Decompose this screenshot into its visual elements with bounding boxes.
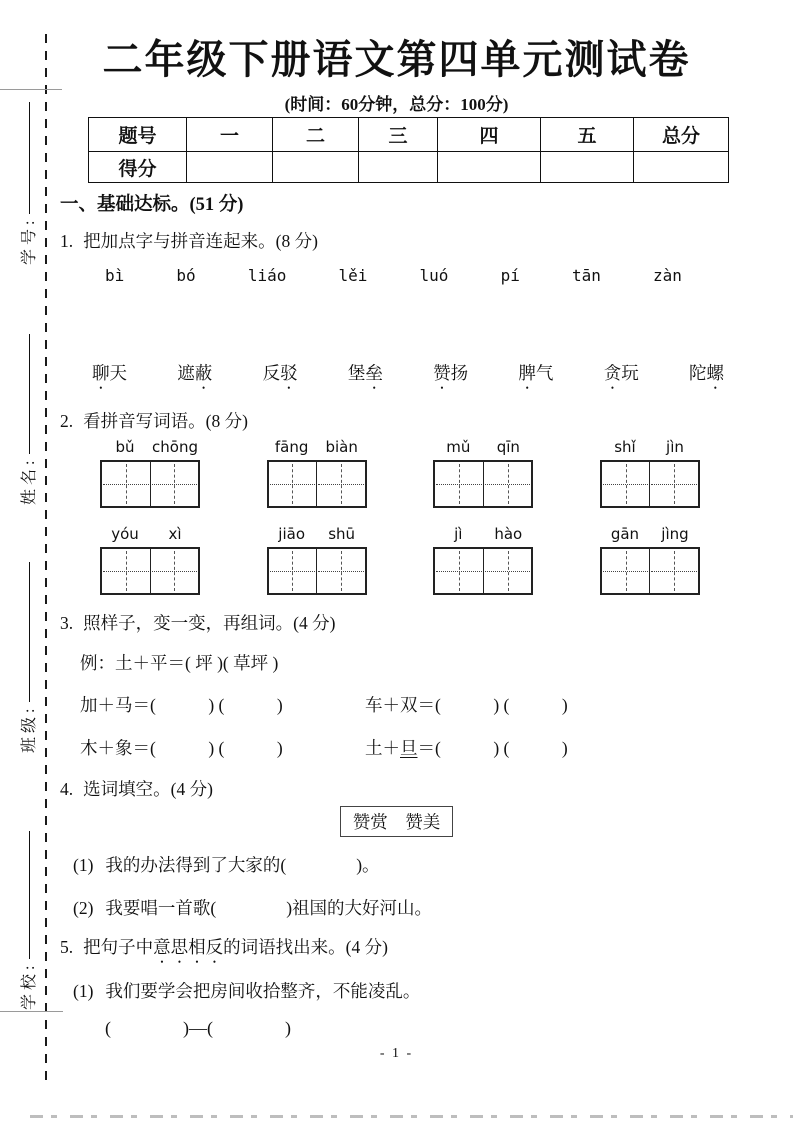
paper-title: 二年级下册语文第四单元测试卷 — [0, 28, 793, 85]
score-empty-cell — [359, 152, 438, 183]
equation-blanks: ( ) ( ) — [150, 738, 283, 758]
score-row-label: 得分 — [89, 152, 187, 183]
item-number: (1) — [73, 981, 93, 1001]
writing-boxes — [267, 460, 367, 508]
q2-box-row-1: bǔchōng fāngbiàn mǔqīn shǐjìn — [100, 438, 700, 508]
pinyin-write-group: jiāoshū — [267, 525, 367, 595]
score-table-header-cell: 题号 — [89, 118, 187, 152]
seal-label: 姓名: — [21, 457, 38, 505]
pinyin-syllable: liáo — [248, 266, 287, 285]
word-plain: 扬 — [451, 363, 469, 383]
equation-text: 土＋ — [365, 738, 400, 758]
pinyin-write-group: fāngbiàn — [267, 438, 367, 508]
equation-blanks: ( ) ( ) — [150, 695, 283, 715]
seal-field-school: 学校: — [16, 831, 39, 1010]
writing-boxes — [100, 547, 200, 595]
section-title: 基础达标。(51 分) — [97, 195, 243, 215]
word-plain: 陀 — [689, 363, 707, 383]
pinyin-labels: bǔchōng — [100, 438, 200, 457]
equation-text: 车＋双＝ — [365, 695, 435, 715]
word-choice-box: 赞赏 赞美 — [340, 806, 454, 837]
item-number: (2) — [73, 898, 93, 918]
equation-row: 加＋马＝( ) ( ) 车＋双＝( ) ( ) — [80, 692, 725, 735]
equation-left: 木＋象＝( ) ( ) — [80, 735, 283, 760]
score-table-header-cell: 四 — [438, 118, 541, 152]
word-dotted-char: 赞 — [433, 363, 451, 383]
page-number: - 1 - — [0, 1046, 793, 1062]
writing-square — [102, 549, 150, 593]
score-table-score-row: 得分 — [89, 152, 729, 183]
question-number: 2. — [60, 411, 73, 431]
pinyin-syllable: shǐ — [600, 438, 650, 457]
pinyin-syllable: biàn — [317, 438, 367, 457]
writing-square — [316, 462, 365, 506]
question-number: 1. — [60, 231, 73, 251]
word-plain: 反 — [263, 363, 281, 383]
pinyin-syllable: xì — [150, 525, 200, 544]
pinyin-syllable: fāng — [267, 438, 317, 457]
writing-square — [102, 462, 150, 506]
question-text: 看拼音写词语。(8 分) — [83, 411, 248, 431]
question-text: 把加点字与拼音连起来。(8 分) — [83, 231, 318, 251]
question-text: 的词语找出来。(4 分) — [223, 937, 388, 957]
word-plain: 玩 — [621, 363, 639, 383]
word-dotted-char: 垒 — [365, 363, 383, 383]
q5-answer-blanks: ( )—( ) — [105, 1014, 291, 1040]
cutoff-text-strip — [30, 1115, 793, 1118]
writing-square — [602, 462, 650, 506]
question-number: 5. — [60, 937, 73, 957]
writing-square — [150, 549, 199, 593]
pinyin-labels: jìhào — [433, 525, 533, 544]
word-dotted-char: 聊 — [92, 363, 110, 383]
seal-blank-line — [29, 831, 30, 959]
score-table-header-cell: 五 — [541, 118, 634, 152]
pinyin-syllable: tān — [572, 266, 601, 285]
pinyin-syllable: zàn — [653, 266, 682, 285]
pinyin-syllable: jìng — [650, 525, 700, 544]
equation-right: 土＋旦＝( ) ( ) — [365, 735, 568, 760]
paper-subtitle: (时间：60分钟，总分：100分) — [0, 90, 793, 115]
pinyin-syllable: chōng — [150, 438, 200, 457]
writing-square — [150, 462, 199, 506]
seal-label: 学号: — [21, 217, 38, 265]
fill-blank-item: (2)我要唱一首歌( )祖国的大好河山。 — [73, 895, 432, 938]
pinyin-labels: jiāoshū — [267, 525, 367, 544]
pinyin-syllable: mǔ — [433, 438, 483, 457]
score-empty-cell — [438, 152, 541, 183]
item-text: 我要唱一首歌( )祖国的大好河山。 — [105, 898, 432, 918]
writing-square — [435, 462, 483, 506]
pinyin-syllable: qīn — [483, 438, 533, 457]
word-item: 聊天 — [92, 360, 127, 393]
pinyin-syllable: jìn — [650, 438, 700, 457]
pinyin-write-group: yóuxì — [100, 525, 200, 595]
q4-choice-box-wrap: 赞赏 赞美 — [0, 806, 793, 837]
question-4-heading: 4.选词填空。(4 分) — [60, 776, 213, 801]
question-number: 4. — [60, 779, 73, 799]
pinyin-syllable: yóu — [100, 525, 150, 544]
score-table-header-cell: 三 — [359, 118, 438, 152]
writing-boxes — [600, 547, 700, 595]
seal-blank-line — [29, 334, 30, 454]
pinyin-syllable: jì — [433, 525, 483, 544]
q3-equation-rows: 加＋马＝( ) ( ) 车＋双＝( ) ( ) 木＋象＝( ) ( ) 土＋旦＝… — [80, 692, 725, 778]
word-item: 堡垒 — [348, 360, 383, 393]
writing-square — [269, 549, 317, 593]
pinyin-syllable: jiāo — [267, 525, 317, 544]
equation-text: 加＋马＝ — [80, 695, 150, 715]
equation-underlined-char: 旦 — [400, 738, 418, 758]
score-table-header-cell: 二 — [273, 118, 359, 152]
pinyin-syllable: gān — [600, 525, 650, 544]
writing-square — [649, 549, 698, 593]
equation-blanks: ( ) ( ) — [435, 695, 568, 715]
writing-square — [483, 549, 532, 593]
pinyin-write-group: shǐjìn — [600, 438, 700, 508]
pinyin-write-group: bǔchōng — [100, 438, 200, 508]
seal-label: 班级: — [21, 705, 38, 753]
question-number: 3. — [60, 613, 73, 633]
word-dotted-char: 蔽 — [195, 363, 213, 383]
score-table: 题号 一 二 三 四 五 总分 得分 — [88, 117, 729, 183]
equation-left: 加＋马＝( ) ( ) — [80, 692, 283, 717]
question-2-heading: 2.看拼音写词语。(8 分) — [60, 408, 248, 433]
equation-text: 木＋象＝ — [80, 738, 150, 758]
writing-boxes — [433, 460, 533, 508]
writing-square — [602, 549, 650, 593]
score-table-header-row: 题号 一 二 三 四 五 总分 — [89, 118, 729, 152]
writing-boxes — [100, 460, 200, 508]
question-dotted-text: 意思相反 — [153, 937, 223, 957]
word-item: 反驳 — [263, 360, 298, 393]
pinyin-syllable: bó — [176, 266, 195, 285]
question-1-heading: 1.把加点字与拼音连起来。(8 分) — [60, 228, 318, 253]
word-plain: 堡 — [348, 363, 366, 383]
seal-field-name: 姓名: — [16, 334, 39, 505]
question-5-heading: 5.把句子中意思相反的词语找出来。(4 分) — [60, 934, 388, 967]
pinyin-syllable: bǔ — [100, 438, 150, 457]
writing-square — [269, 462, 317, 506]
section-1-heading: 一、基础达标。(51 分) — [60, 190, 243, 216]
word-item: 脾气 — [518, 360, 553, 393]
pinyin-syllable: bì — [105, 266, 124, 285]
pinyin-syllable: pí — [501, 266, 520, 285]
seal-dashed-line — [45, 34, 47, 1080]
q2-box-row-2: yóuxì jiāoshū jìhào gānjìng — [100, 525, 700, 595]
score-table-header-cell: 总分 — [634, 118, 729, 152]
item-text: 我的办法得到了大家的( )。 — [105, 855, 379, 875]
word-item: 遮蔽 — [177, 360, 212, 393]
pinyin-write-group: mǔqīn — [433, 438, 533, 508]
q3-example-line: 例：土＋平＝( 坪 )( 草坪 ) — [80, 650, 278, 675]
question-text: 选词填空。(4 分) — [83, 779, 213, 799]
pinyin-write-group: gānjìng — [600, 525, 700, 595]
word-item: 赞扬 — [433, 360, 468, 393]
equation-right: 车＋双＝( ) ( ) — [365, 692, 568, 717]
q4-items: (1)我的办法得到了大家的( )。(2)我要唱一首歌( )祖国的大好河山。 — [73, 852, 432, 938]
score-empty-cell — [541, 152, 634, 183]
pinyin-labels: shǐjìn — [600, 438, 700, 457]
section-number: 一、 — [60, 195, 97, 215]
writing-boxes — [267, 547, 367, 595]
score-table-header-cell: 一 — [187, 118, 273, 152]
writing-boxes — [600, 460, 700, 508]
pinyin-labels: gānjìng — [600, 525, 700, 544]
score-empty-cell — [273, 152, 359, 183]
word-dotted-char: 脾 — [518, 363, 536, 383]
seal-blank-line — [29, 102, 30, 214]
margin-tick-bottom — [0, 1011, 63, 1012]
pinyin-syllable: lěi — [338, 266, 367, 285]
question-text: 把句子中 — [83, 937, 153, 957]
item-text: 我们要学会把房间收拾整齐，不能凌乱。 — [105, 981, 420, 1001]
equation-row: 木＋象＝( ) ( ) 土＋旦＝( ) ( ) — [80, 735, 725, 778]
q1-pinyin-row: bìbóliáolěiluópítānzàn — [105, 266, 682, 285]
pinyin-labels: fāngbiàn — [267, 438, 367, 457]
question-text: 照样子，变一变，再组词。(4 分) — [83, 613, 335, 633]
seal-field-student-number: 学号: — [16, 102, 39, 265]
pinyin-syllable: hào — [483, 525, 533, 544]
q1-words-row: 聊天遮蔽反驳堡垒赞扬脾气贪玩陀螺 — [92, 360, 724, 393]
word-plain: 遮 — [177, 363, 195, 383]
writing-square — [483, 462, 532, 506]
score-empty-cell — [187, 152, 273, 183]
pinyin-labels: mǔqīn — [433, 438, 533, 457]
writing-boxes — [433, 547, 533, 595]
word-dotted-char: 螺 — [706, 363, 724, 383]
seal-field-class: 班级: — [16, 562, 39, 753]
item-number: (1) — [73, 855, 93, 875]
word-plain: 天 — [110, 363, 128, 383]
word-dotted-char: 驳 — [280, 363, 298, 383]
writing-square — [435, 549, 483, 593]
question-3-heading: 3.照样子，变一变，再组词。(4 分) — [60, 610, 335, 635]
score-empty-cell — [634, 152, 729, 183]
equation-blanks: ＝( ) ( ) — [418, 738, 568, 758]
word-plain: 气 — [536, 363, 554, 383]
writing-square — [316, 549, 365, 593]
pinyin-syllable: luó — [420, 266, 449, 285]
test-paper-page: 学号: 姓名: 班级: 学校: 二年级下册语文第四单元测试卷 (时间：60分钟，… — [0, 0, 793, 1121]
seal-blank-line — [29, 562, 30, 702]
pinyin-write-group: jìhào — [433, 525, 533, 595]
pinyin-labels: yóuxì — [100, 525, 200, 544]
fill-blank-item: (1)我的办法得到了大家的( )。 — [73, 852, 432, 895]
seal-label: 学校: — [21, 962, 38, 1010]
writing-square — [649, 462, 698, 506]
word-item: 贪玩 — [604, 360, 639, 393]
word-item: 陀螺 — [689, 360, 724, 393]
pinyin-syllable: shū — [317, 525, 367, 544]
word-dotted-char: 贪 — [604, 363, 622, 383]
